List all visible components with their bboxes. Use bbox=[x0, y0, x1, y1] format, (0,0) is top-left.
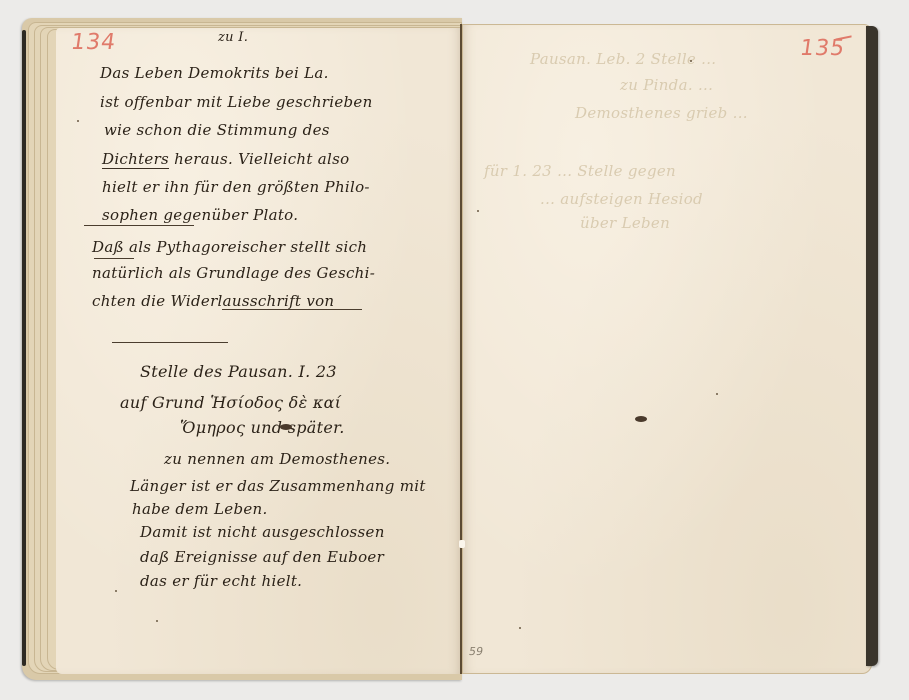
manuscript-line: Dichters heraus. Vielleicht also bbox=[102, 150, 349, 168]
manuscript-line: Damit ist nicht ausgeschlossen bbox=[140, 523, 385, 541]
manuscript-line: Länger ist er das Zusammenhang mit bbox=[130, 477, 426, 495]
manuscript-line: sophen gegenüber Plato. bbox=[102, 206, 298, 224]
manuscript-line: daß Ereignisse auf den Euboer bbox=[140, 548, 384, 566]
pencil-page-number: 59 bbox=[468, 645, 484, 658]
paper-speck bbox=[477, 210, 479, 212]
manuscript-line: Stelle des Pausan. I. 23 bbox=[140, 362, 337, 381]
bleed-through-line: ... aufsteigen Hesiod bbox=[540, 190, 703, 208]
book-gutter bbox=[460, 24, 462, 674]
line-remainder: heraus. Vielleicht also bbox=[174, 150, 349, 168]
manuscript-line: ist offenbar mit Liebe geschrieben bbox=[100, 93, 373, 111]
manuscript-line: auf Grund Ἡσίοδος δὲ καί bbox=[120, 393, 341, 412]
underline-mark bbox=[222, 309, 362, 310]
folio-number-right: 135 bbox=[798, 36, 847, 61]
open-notebook: 134 135 zu I. Das Leben Demokrits bei La… bbox=[0, 0, 909, 700]
manuscript-line: wie schon die Stimmung des bbox=[104, 121, 330, 139]
bleed-through-line: Demosthenes grieb ... bbox=[575, 104, 748, 122]
divider-rule bbox=[112, 342, 228, 343]
underline-mark bbox=[94, 258, 134, 259]
section-heading: zu I. bbox=[218, 30, 248, 45]
manuscript-line: Daß als Pythagoreischer stellt sich bbox=[92, 238, 367, 256]
manuscript-line: hielt er ihn für den größten Philo- bbox=[102, 178, 370, 196]
manuscript-line: Das Leben Demokrits bei La. bbox=[100, 64, 329, 82]
back-cover-edge bbox=[866, 26, 878, 666]
gutter-tear bbox=[459, 540, 465, 548]
bleed-through-line: über Leben bbox=[580, 214, 670, 232]
folio-number-left: 134 bbox=[69, 30, 118, 55]
manuscript-line: chten die Widerlausschrift von bbox=[92, 292, 334, 310]
ink-blot bbox=[635, 416, 647, 422]
bleed-through-line: für 1. 23 ... Stelle gegen bbox=[484, 162, 676, 180]
manuscript-line: Ὅμηρος und später. bbox=[180, 418, 345, 437]
manuscript-line: das er für echt hielt. bbox=[140, 572, 302, 590]
paper-speck bbox=[156, 620, 158, 622]
paper-speck bbox=[115, 590, 117, 592]
ink-blot bbox=[280, 424, 292, 430]
bleed-through-line: Pausan. Leb. 2 Stelle ... bbox=[530, 50, 716, 68]
divider-rule bbox=[84, 225, 194, 226]
paper-speck bbox=[690, 60, 692, 62]
paper-speck bbox=[716, 393, 718, 395]
manuscript-line: natürlich als Grundlage des Geschi- bbox=[92, 264, 375, 282]
paper-speck bbox=[77, 120, 79, 122]
manuscript-line: habe dem Leben. bbox=[132, 500, 268, 518]
underlined-word: Dichters bbox=[102, 150, 169, 169]
manuscript-line: zu nennen am Demosthenes. bbox=[164, 450, 390, 468]
bleed-through-line: zu Pinda. ... bbox=[620, 76, 713, 94]
paper-speck bbox=[519, 627, 521, 629]
